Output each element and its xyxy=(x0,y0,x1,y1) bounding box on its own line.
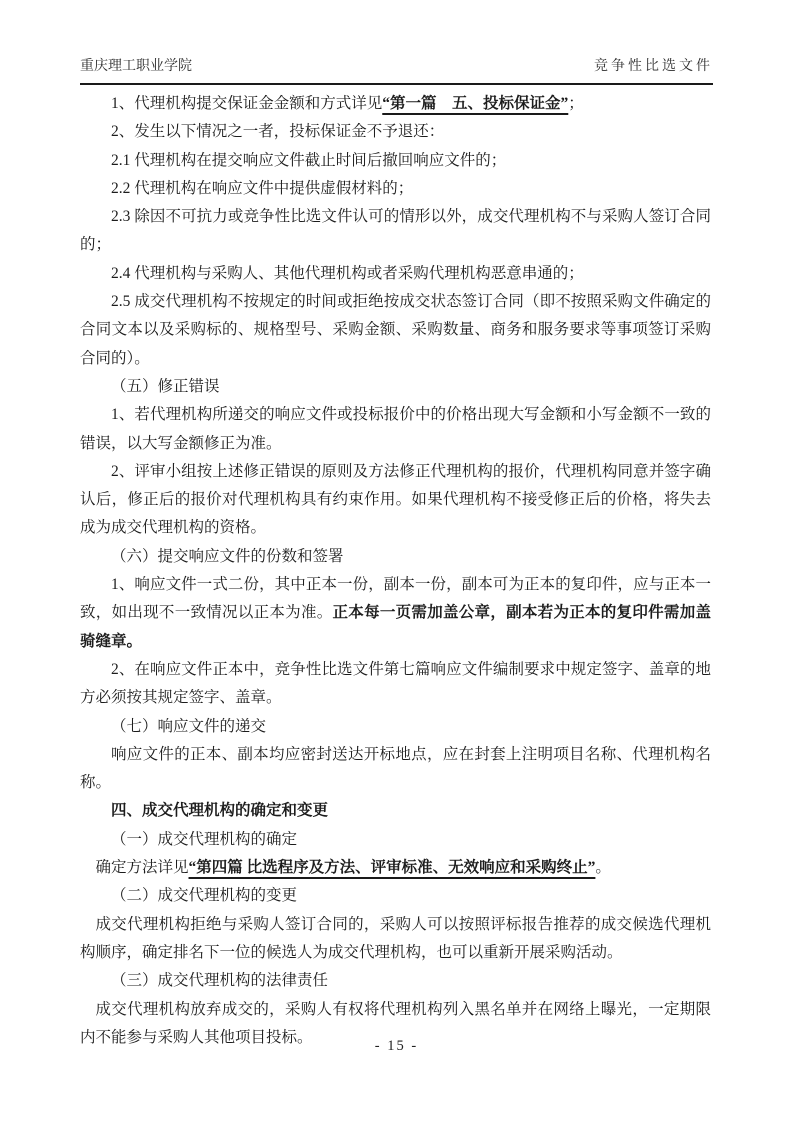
header-rule xyxy=(80,83,713,85)
text-run: （三）成交代理机构的法律责任 xyxy=(111,972,328,989)
text-run: 2、发生以下情况之一者，投标保证金不予退还： xyxy=(111,123,444,140)
text-run: ； xyxy=(568,95,584,112)
paragraph: 2.2 代理机构在响应文件中提供虚假材料的； xyxy=(80,175,711,203)
text-run: 成交代理机构拒绝与采购人签订合同的，采购人可以按照评标报告推荐的成交候选代理机构… xyxy=(80,916,711,961)
text-run: 1、若代理机构所递交的响应文件或投标报价中的价格出现大写金额和小写金额不一致的错… xyxy=(80,406,711,451)
text-run: 确定方法详见 xyxy=(96,859,189,876)
text-run: 2.5 成交代理机构不按规定的时间或拒绝按成交状态签订合同（即不按照采购文件确定… xyxy=(80,293,711,367)
text-run: 2、评审小组按上述修正错误的原则及方法修正代理机构的报价，代理机构同意并签字确认… xyxy=(80,463,711,537)
page-footer: - 15 - xyxy=(0,1038,793,1055)
section-heading: 四、成交代理机构的确定和变更 xyxy=(80,797,711,825)
text-run: （一）成交代理机构的确定 xyxy=(111,831,297,848)
paragraph: （三）成交代理机构的法律责任 xyxy=(80,967,711,995)
paragraph: （五）修正错误 xyxy=(80,373,711,401)
document-page: 重庆理工职业学院 竞争性比选文件 1、代理机构提交保证金金额和方式详见“第一篇 … xyxy=(0,0,793,1122)
document-body: 1、代理机构提交保证金金额和方式详见“第一篇 五、投标保证金”；2、发生以下情况… xyxy=(80,90,711,1052)
text-run: 1、代理机构提交保证金金额和方式详见 xyxy=(111,95,382,112)
paragraph: 1、代理机构提交保证金金额和方式详见“第一篇 五、投标保证金”； xyxy=(80,90,711,118)
paragraph: 2.4 代理机构与采购人、其他代理机构或者采购代理机构恶意串通的； xyxy=(80,260,711,288)
text-run: （七）响应文件的递交 xyxy=(111,718,266,735)
paragraph: 确定方法详见“第四篇 比选程序及方法、评审标准、无效响应和采购终止”。 xyxy=(80,854,711,882)
paragraph: （七）响应文件的递交 xyxy=(80,713,711,741)
header-organization-name: 重庆理工职业学院 xyxy=(80,55,192,75)
paragraph: 1、若代理机构所递交的响应文件或投标报价中的价格出现大写金额和小写金额不一致的错… xyxy=(80,401,711,458)
text-run: 。 xyxy=(595,859,611,876)
text-run: 四、成交代理机构的确定和变更 xyxy=(111,802,328,819)
header-document-type: 竞争性比选文件 xyxy=(594,55,713,75)
text-run: 响应文件的正本、副本均应密封送达开标地点，应在封套上注明项目名称、代理机构名称。 xyxy=(80,746,711,791)
paragraph: （六）提交响应文件的份数和签署 xyxy=(80,543,711,571)
text-run: 2.2 代理机构在响应文件中提供虚假材料的； xyxy=(111,180,413,197)
page-header: 重庆理工职业学院 竞争性比选文件 xyxy=(80,55,713,83)
paragraph: （一）成交代理机构的确定 xyxy=(80,826,711,854)
paragraph: 2.5 成交代理机构不按规定的时间或拒绝按成交状态签订合同（即不按照采购文件确定… xyxy=(80,288,711,373)
text-run: 2.4 代理机构与采购人、其他代理机构或者采购代理机构恶意串通的； xyxy=(111,265,584,282)
paragraph: 2、评审小组按上述修正错误的原则及方法修正代理机构的报价，代理机构同意并签字确认… xyxy=(80,458,711,543)
text-run: （六）提交响应文件的份数和签署 xyxy=(111,548,344,565)
page-number: - 15 - xyxy=(375,1038,418,1054)
paragraph: （二）成交代理机构的变更 xyxy=(80,882,711,910)
text-run: 2.1 代理机构在提交响应文件截止时间后撤回响应文件的； xyxy=(111,152,506,169)
text-run: 2.3 除因不可抗力或竞争性比选文件认可的情形以外，成交代理机构不与采购人签订合… xyxy=(80,208,711,253)
paragraph: 2、发生以下情况之一者，投标保证金不予退还： xyxy=(80,118,711,146)
paragraph: 2.1 代理机构在提交响应文件截止时间后撤回响应文件的； xyxy=(80,147,711,175)
paragraph: 2、在响应文件正本中，竞争性比选文件第七篇响应文件编制要求中规定签字、盖章的地方… xyxy=(80,656,711,713)
document-cross-reference: “第一篇 五、投标保证金” xyxy=(382,95,568,112)
paragraph: 成交代理机构拒绝与采购人签订合同的，采购人可以按照评标报告推荐的成交候选代理机构… xyxy=(80,911,711,968)
text-run: （五）修正错误 xyxy=(111,378,220,395)
paragraph: 响应文件的正本、副本均应密封送达开标地点，应在封套上注明项目名称、代理机构名称。 xyxy=(80,741,711,798)
text-run: （二）成交代理机构的变更 xyxy=(111,887,297,904)
paragraph: 1、响应文件一式二份，其中正本一份，副本一份，副本可为正本的复印件，应与正本一致… xyxy=(80,571,711,656)
text-run: 2、在响应文件正本中，竞争性比选文件第七篇响应文件编制要求中规定签字、盖章的地方… xyxy=(80,661,711,706)
paragraph: 2.3 除因不可抗力或竞争性比选文件认可的情形以外，成交代理机构不与采购人签订合… xyxy=(80,203,711,260)
document-cross-reference: “第四篇 比选程序及方法、评审标准、无效响应和采购终止” xyxy=(189,859,596,876)
